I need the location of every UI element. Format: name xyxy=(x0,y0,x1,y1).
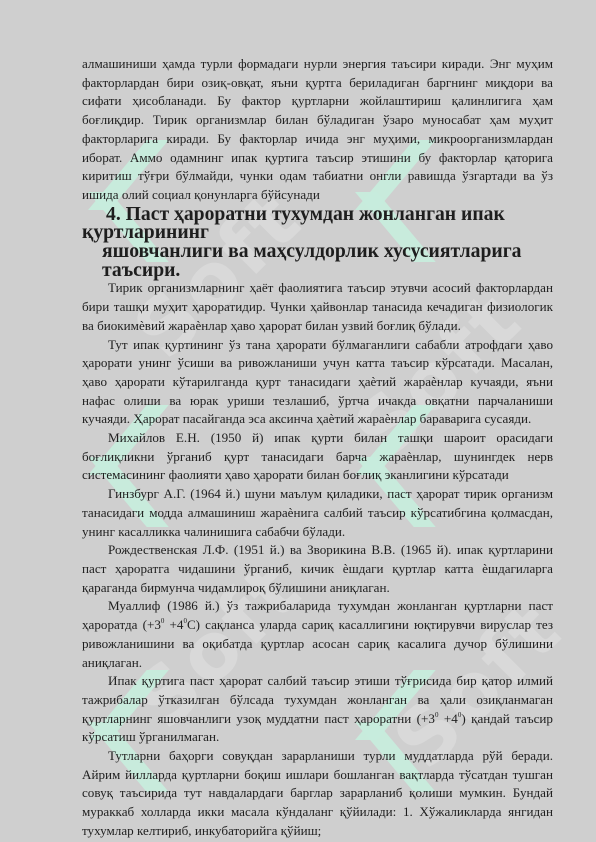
paragraph: Михайлов Е.Н. (1950 й) ипак қурти билан … xyxy=(82,429,553,485)
section-heading-line2: яшовчанлиги ва маҳсулдорлик хусусиятлари… xyxy=(82,242,553,279)
paragraph: Тирик организмларнинг ҳаёт фаолиятига та… xyxy=(82,279,553,335)
document-page: алмашиниши ҳамда турли формадаги нурли э… xyxy=(82,55,553,841)
paragraph: Тут ипак қуртининг ўз тана ҳарорати бўлм… xyxy=(82,336,553,430)
text-span: +4 xyxy=(164,617,183,632)
paragraph-experiments: Ипак қуртига паст ҳарорат салбий таъсир … xyxy=(82,672,553,747)
paragraph: Гинзбург А.Г. (1964 й.) шуни маълум қила… xyxy=(82,485,553,541)
section-heading-line1: 4. Паст ҳароратни тухумдан жонланган ипа… xyxy=(82,205,553,242)
paragraph: Рождественская Л.Ф. (1951 й.) ва Зворики… xyxy=(82,541,553,597)
text-span: +4 xyxy=(438,711,457,726)
paragraph-last: Тутларни баҳорги совуқдан зарарланиши ту… xyxy=(82,747,553,841)
paragraph-author-experiment: Муаллиф (1986 й.) ўз тажрибаларида тухум… xyxy=(82,597,553,672)
paragraph-continued: алмашиниши ҳамда турли формадаги нурли э… xyxy=(82,55,553,205)
section-heading: 4. Паст ҳароратни тухумдан жонланган ипа… xyxy=(82,205,553,280)
